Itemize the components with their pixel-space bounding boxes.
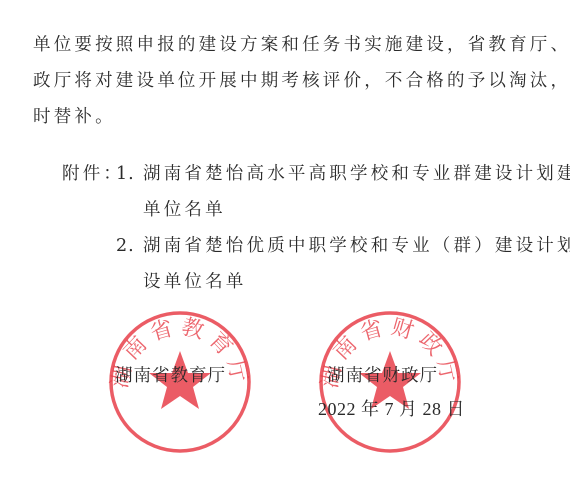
signature-finance-department: 湖南省财政厅 [327, 365, 438, 387]
attachment-2-number: 2. [116, 235, 135, 257]
attachment-label: 附件： [62, 163, 124, 185]
attachment-2-title-line1: 湖南省楚怡优质中职学校和专业（群）建设计划建 [143, 235, 570, 257]
attachment-1-number: 1. [116, 163, 135, 185]
paragraph-line-3: 时替补。 [33, 106, 116, 128]
attachment-1-title-line1: 湖南省楚怡高水平高职学校和专业群建设计划建设 [143, 163, 570, 185]
attachment-2-title-line2: 设单位名单 [143, 271, 247, 293]
paragraph-line-2: 政厅将对建设单位开展中期考核评价，不合格的予以淘汰，并适 [33, 70, 570, 92]
attachment-1-title-line2: 单位名单 [143, 199, 226, 221]
document-date: 2022 年 7 月 28 日 [318, 398, 465, 420]
paragraph-line-1: 单位要按照申报的建设方案和任务书实施建设，省教育厅、省财 [33, 34, 570, 56]
signature-education-department: 湖南省教育厅 [115, 365, 226, 387]
